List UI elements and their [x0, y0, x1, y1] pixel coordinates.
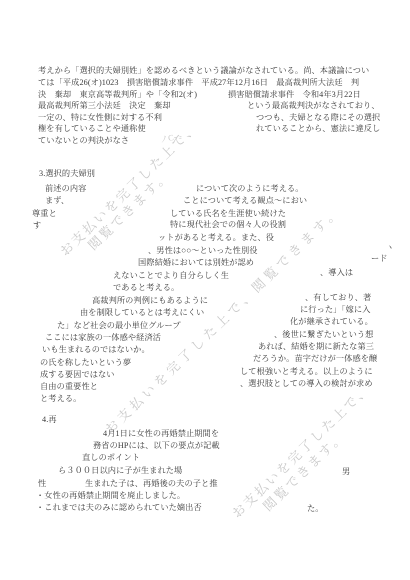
text-fragment: 、選択肢としての導入の検討が求め: [240, 379, 373, 388]
text-fragment: 最高裁判所第三小法廷 決定 棄却: [38, 101, 171, 110]
text-fragment: であると考える。: [113, 283, 179, 292]
text-fragment: ード: [371, 254, 388, 263]
text-fragment: た」など社会の最小単位グループ: [57, 321, 181, 330]
text-fragment: ら３００日以内に子が生まれた場: [58, 466, 182, 475]
text-fragment: 生まれた子は、再婚後の夫の子と推: [85, 479, 218, 488]
text-fragment: 自由の重要性と: [40, 382, 98, 391]
text-fragment: 、後世に繋ぎたいという想: [274, 330, 373, 339]
text-fragment: に行った」「嫁に入: [300, 305, 371, 314]
text-fragment: 、有しており、著: [305, 293, 371, 302]
text-fragment: について次のように考える。: [196, 184, 304, 193]
text-fragment: まず、: [45, 196, 69, 205]
text-fragment: ヽ: [386, 243, 394, 252]
section-heading-3: 3.選択的夫婦別: [39, 169, 95, 178]
text-fragment: あれば、結婚を期に新たな第三: [258, 342, 374, 351]
text-fragment: 決 棄却 東京高等裁判所」や「令和2(オ): [38, 90, 197, 99]
text-fragment: 性: [38, 479, 46, 488]
text-fragment: ここには家族の一体感や経済活: [45, 333, 161, 342]
document-page: お支払いを完了した上で、閲覧できます。お支払いを完了した上で、閲覧できます。お支…: [0, 0, 410, 580]
text-fragment: だろうか。苗字だけが一体感を醸: [253, 354, 377, 363]
text-fragment: ては「平成26(オ)1023 損害賠償請求事件 平成27年12月16日 最高裁判…: [38, 78, 359, 87]
text-fragment: つつも、夫婦となる際にその選択: [256, 113, 380, 122]
text-fragment: と考える。: [40, 394, 81, 403]
text-fragment: ・これまでは夫のみに認められていた嫡出否: [36, 503, 202, 512]
text-fragment: 考えから「選択的夫婦別姓」を認めるべきという議論がなされている。尚、本議論につい: [38, 66, 369, 75]
text-fragment: 男: [342, 467, 350, 476]
text-fragment: 成する要因ではない: [40, 370, 115, 379]
text-fragment: の氏を称したいという夢: [40, 358, 131, 367]
text-fragment: 4月1日に女性の再婚禁止期間を: [103, 429, 219, 438]
text-fragment: 直しのポイント: [82, 453, 140, 462]
text-fragment: す: [33, 221, 41, 230]
text-fragment: 務省のHPには、以下の要点が記載: [93, 441, 220, 450]
text-fragment: 尊重と: [32, 209, 57, 218]
text-fragment: 国際結婚においては別姓が認め: [138, 258, 254, 267]
text-fragment: 一定の、特に女性側に対する不利: [38, 113, 162, 122]
text-fragment: して根強いと考える。以上のように: [240, 367, 373, 376]
text-fragment: という最高裁判決がなされており、: [247, 101, 380, 110]
text-fragment: ことについて考える観点～におい: [183, 196, 307, 205]
text-fragment: いも生まれるのではないか。: [42, 345, 150, 354]
text-fragment: えないことでより自分らしく生: [113, 271, 229, 280]
text-fragment: 権を有していることや通称使: [38, 124, 146, 133]
text-fragment: 化が継承されている。: [290, 317, 373, 326]
text-fragment: 特に現代社会での個々人の役割: [170, 220, 286, 229]
watermark-text: お支払いを完了した上で、: [227, 379, 374, 522]
text-fragment: 損害賠償請求事件 令和4年3月22日: [228, 90, 361, 99]
text-fragment: ットがあると考える。また、役: [158, 233, 274, 242]
text-fragment: 由を制限しているとは考えにくい: [80, 308, 204, 317]
text-fragment: 前述の内容: [45, 184, 86, 193]
text-fragment: 高裁判所の判例にもあるように: [92, 296, 208, 305]
text-fragment: 、男性は○○～といった性別役: [148, 246, 258, 255]
text-fragment: ・女性の再婚禁止期間を廃止しました。: [36, 491, 185, 500]
section-heading-4: 4.再: [42, 415, 57, 424]
text-fragment: た。: [307, 504, 324, 513]
text-fragment: 、導入は: [320, 268, 353, 277]
text-fragment: ていないとの判決がなさ: [38, 136, 129, 145]
text-fragment: している氏名を生涯使い続けた: [170, 209, 286, 218]
text-fragment: れていることから、憲法に違反し: [256, 124, 380, 133]
